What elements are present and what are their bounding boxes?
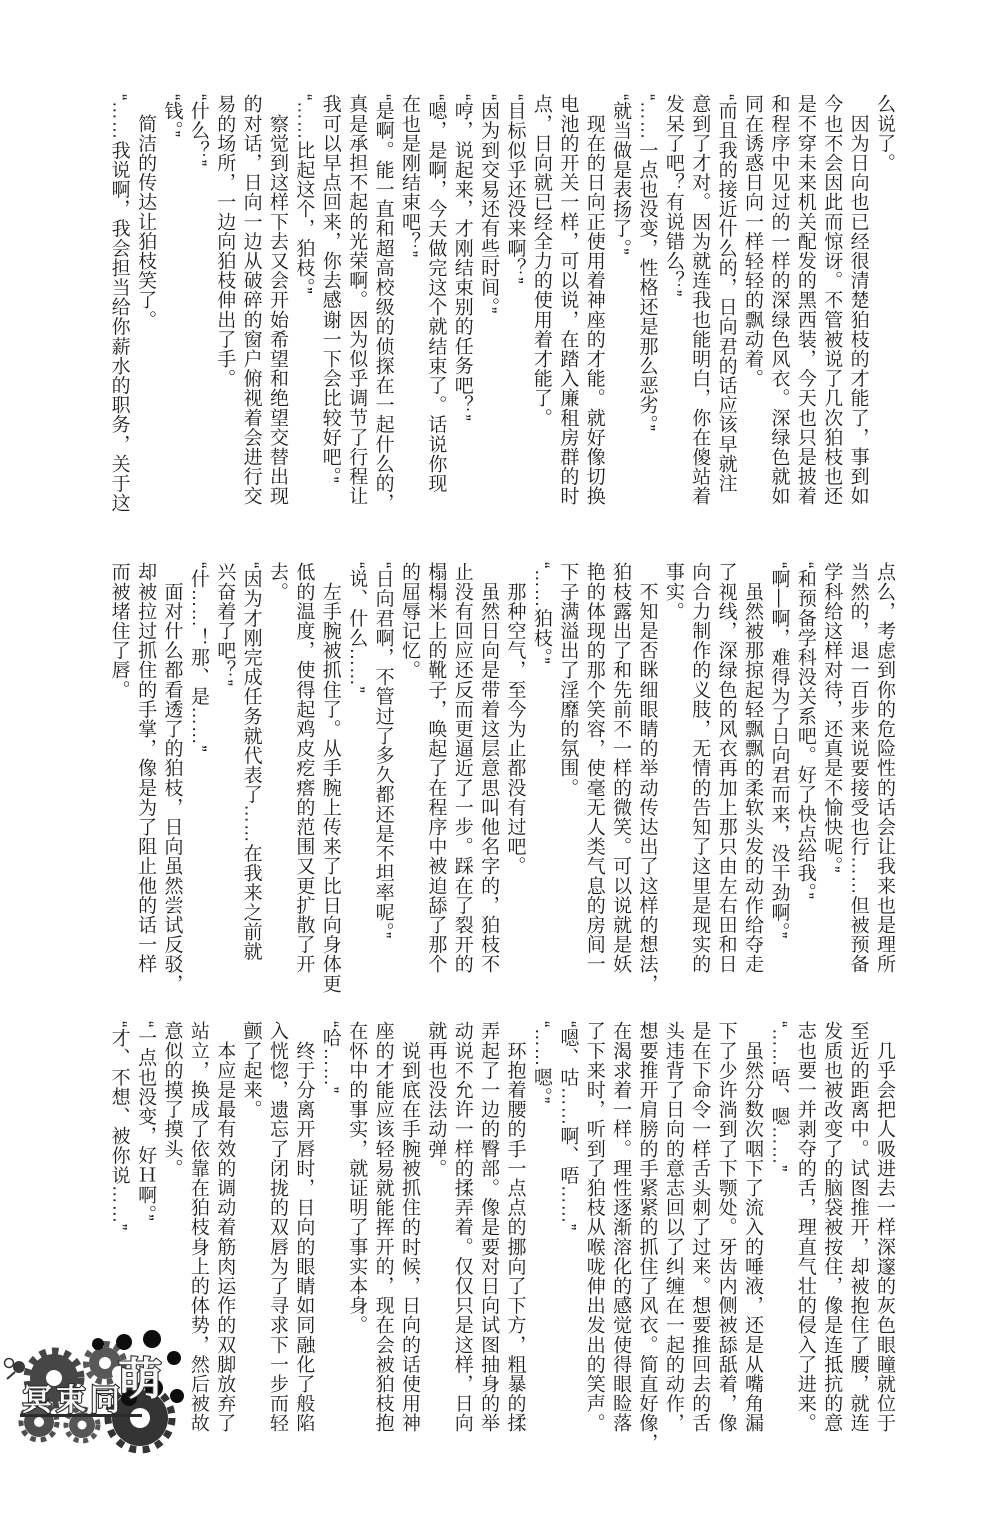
text-column: 志也要一并剥夺的舌，理直气壮的侵入了进来。 xyxy=(791,1021,817,1473)
text-column: 在怀中的事实，就证明了事实本身。 xyxy=(343,1021,369,1473)
text-column: 榻榻米上的靴子，唤起了在程序中被迫舔了那个 xyxy=(422,562,448,1014)
text-column: 现在的日向正使用着神座的才能。就好像切换 xyxy=(580,94,606,546)
text-column: “什么？” xyxy=(184,94,210,546)
text-band-top: 么说了。 因为日向也已经很清楚狛枝的才能了，事到如今也不会因此而惊讶。不管被说了… xyxy=(105,94,897,546)
manga-novel-page: 么说了。 因为日向也已经很清楚狛枝的才能了，事到如今也不会因此而惊讶。不管被说了… xyxy=(0,0,1000,1529)
text-column: “嗯、咕……啊、唔……” xyxy=(554,1021,580,1473)
text-column: 察觉到这样下去又会开始希望和绝望交替出现 xyxy=(264,94,290,546)
text-column: 却被拉过抓住的手掌，像是为了阻止他的话一样 xyxy=(132,562,158,1014)
text-column: 了视线，深绿色的风衣再加上那只由左右田和日 xyxy=(712,562,738,1014)
text-column: 头违背了日向的意志回以了纠缠在一起的动作， xyxy=(659,1021,685,1473)
text-column: 发质也被改变了的脑袋被按住，像是连抵抗的意 xyxy=(818,1021,844,1473)
text-column: 当然的，退一百步来说要接受也行……但被预备 xyxy=(844,562,870,1014)
text-column: 因为日向也已经很清楚狛枝的才能了，事到如 xyxy=(844,94,870,546)
text-column: 电池的开关一样，可以说，在踏入廉租房群的时 xyxy=(554,94,580,546)
text-column: 真是承担不起的光荣啊。因为似乎调节了行程让 xyxy=(343,94,369,546)
text-column: 今也不会因此而惊讶。不管被说了几次狛枝也还 xyxy=(818,94,844,546)
text-column: 面对什么都看透了的狛枝，日向虽然尝试反驳， xyxy=(158,562,184,1014)
text-column: 环抱着腰的手一点点的挪向了下方，粗暴的揉 xyxy=(501,1021,527,1473)
logo-text: 冥束同 xyxy=(22,1384,124,1417)
text-column: 低的温度，使得起鸡皮疙瘩的范围又更扩散了开 xyxy=(290,562,316,1014)
scanlation-group-logo: 萌 冥束同 xyxy=(2,1330,197,1458)
text-column: 易的场所，一边向狛枝伸出了手。 xyxy=(211,94,237,546)
text-column: 虽然被那掠起轻飘飘的柔软头发的动作给夺走 xyxy=(739,562,765,1014)
text-column: 弄起了一边的臀部。像是要对日向试图抽身的举 xyxy=(475,1021,501,1473)
text-column: “钱。” xyxy=(158,94,184,546)
text-column: 是在下命令一样舌头刺了过来。想要推回去的舌 xyxy=(686,1021,712,1473)
text-column: 那种空气，至今为止都没有过吧。 xyxy=(501,562,527,1014)
text-column: “……狛枝。” xyxy=(528,562,554,1014)
text-column: 兴奋着了吧？” xyxy=(211,562,237,1014)
text-column: 在渴求着一样。理性逐渐溶化的感觉使得眼睑落 xyxy=(607,1021,633,1473)
text-column: “哈……” xyxy=(316,1021,342,1473)
text-column: 的对话，日向一边从破碎的窗户俯视着会进行交 xyxy=(237,94,263,546)
text-column: “日向君啊，不管过了多久都还是不坦率呢。” xyxy=(369,562,395,1014)
text-column: 止没有回应还反而更逼近了一步。踩在了裂开的 xyxy=(448,562,474,1014)
text-column: “因为才刚完成任务就代表了……在我来之前就 xyxy=(237,562,263,1014)
text-column: “……比起这个，狛枝。” xyxy=(290,94,316,546)
text-column: “目标似乎还没来啊？” xyxy=(501,94,527,546)
text-column: “说、什么……” xyxy=(343,562,369,1014)
text-column: 入恍惚，遗忘了闭拢的双唇为了寻求下一步而轻 xyxy=(264,1021,290,1473)
text-column: “因为到交易还有些时间。” xyxy=(475,94,501,546)
text-column: 同在诱惑日向一样轻轻的飘动着。 xyxy=(739,94,765,546)
text-column: 事实。 xyxy=(659,562,685,1014)
text-column: 我可以早点回来，你去感谢一下会比较好吧。” xyxy=(316,94,342,546)
text-column: 去。 xyxy=(264,562,290,1014)
text-column: 点么，考虑到你的危险性的话会让我来也是理所 xyxy=(871,562,897,1014)
text-column: 终于分离开唇时，日向的眼睛如同融化了般陷 xyxy=(290,1021,316,1473)
text-column: “哼，说起来，才刚结束别的任务吧？” xyxy=(448,94,474,546)
text-column: “……我说啊，我会担当给你薪水的职务，关于这 xyxy=(105,94,131,546)
text-column: 左手腕被抓住了。从手腕上传来了比日向身体更 xyxy=(316,562,342,1014)
text-column: 是不穿未来机关配发的黑西装，今天也只是披着 xyxy=(791,94,817,546)
text-column: “和预备学科没关系吧。好了快点给我。” xyxy=(791,562,817,1014)
text-column: 说到底在手腕被抓住的时候，日向的话使用神 xyxy=(396,1021,422,1473)
text-column: 在也是刚结束吧？” xyxy=(396,94,422,546)
text-column: 意到了才对。因为就连我也能明白，你在傻站着 xyxy=(686,94,712,546)
text-band-middle: 点么，考虑到你的危险性的话会让我来也是理所当然的，退一百步来说要接受也行……但被… xyxy=(105,562,897,1014)
text-column: 座的才能应该轻易就能挥开的，现在会被狛枝抱 xyxy=(369,1021,395,1473)
text-column: 艳的体现的那个笑容，使毫无人类气息的房间一 xyxy=(580,562,606,1014)
text-column: 点，日向就已经全力的使用着才能了。 xyxy=(528,94,554,546)
text-column: “是啊。能一直和超高校级的侦探在一起什么的， xyxy=(369,94,395,546)
text-column: 发呆了吧？有说错么？” xyxy=(659,94,685,546)
text-column: 就再也没法动弹。 xyxy=(422,1021,448,1473)
text-column: “啊—啊，难得为了日向君而来，没干劲啊。” xyxy=(765,562,791,1014)
text-column: “什……！那、是……” xyxy=(184,562,210,1014)
text-column: “……一点也没变，性格还是那么恶劣。” xyxy=(633,94,659,546)
text-column: 动说不允许一样的揉弄着。仅仅只是这样，日向 xyxy=(448,1021,474,1473)
text-column: “……嗯。” xyxy=(528,1021,554,1473)
text-column: 么说了。 xyxy=(871,94,897,546)
text-column: 颤了起来。 xyxy=(237,1021,263,1473)
text-column: 至近的距离中。试图推开，却被抱住了腰，就连 xyxy=(844,1021,870,1473)
text-column: 向合力制作的义肢，无情的告知了这里是现实的 xyxy=(686,562,712,1014)
text-column: 的屈辱记忆。 xyxy=(396,562,422,1014)
text-column: 几乎会把人吸进去一样深邃的灰色眼瞳就位于 xyxy=(871,1021,897,1473)
text-column: 本应是最有效的调动着筋肉运作的双脚放弃了 xyxy=(211,1021,237,1473)
text-band-bottom: 几乎会把人吸进去一样深邃的灰色眼瞳就位于至近的距离中。试图推开，却被抱住了腰，就… xyxy=(105,1021,897,1473)
text-column: 和程序中见过的一样的深绿色风衣。深绿色就如 xyxy=(765,94,791,546)
text-column: 简洁的传达让狛枝笑了。 xyxy=(132,94,158,546)
text-column: 而被堵住了唇。 xyxy=(105,562,131,1014)
text-column: “……唔、嗯……” xyxy=(765,1021,791,1473)
logo-underline xyxy=(20,1414,142,1417)
text-column: “嗯，是啊，今天做完这个就结束了。话说你现 xyxy=(422,94,448,546)
logo-accent-char: 萌 xyxy=(118,1355,162,1404)
text-column: 学科给这样对待，还真是不愉快呢。” xyxy=(818,562,844,1014)
text-column: “而且我的接近什么的，日向君的话应该早就注 xyxy=(712,94,738,546)
text-column: 下子满溢出了淫靡的氛围。 xyxy=(554,562,580,1014)
monocle-icon xyxy=(5,1359,26,1380)
text-column: 虽然日向是带着这层意思叫他名字的，狛枝不 xyxy=(475,562,501,1014)
text-column: “就当做是表扬了。” xyxy=(607,94,633,546)
text-column: 狛枝露出了和先前不一样的微笑。可以说就是妖 xyxy=(607,562,633,1014)
text-column: 下了少许淌到了下颚处。牙齿内侧被舔舐着，像 xyxy=(712,1021,738,1473)
text-column: 想要推开肩膀的手紧紧的抓住了风衣。简直好像， xyxy=(633,1021,659,1473)
text-column: 虽然分数次咽下了流入的唾液，还是从嘴角漏 xyxy=(739,1021,765,1473)
text-column: 不知是否眯细眼睛的举动传达出了这样的想法， xyxy=(633,562,659,1014)
text-column: 了下来时，听到了狛枝从喉咙伸出发出的笑声。 xyxy=(580,1021,606,1473)
